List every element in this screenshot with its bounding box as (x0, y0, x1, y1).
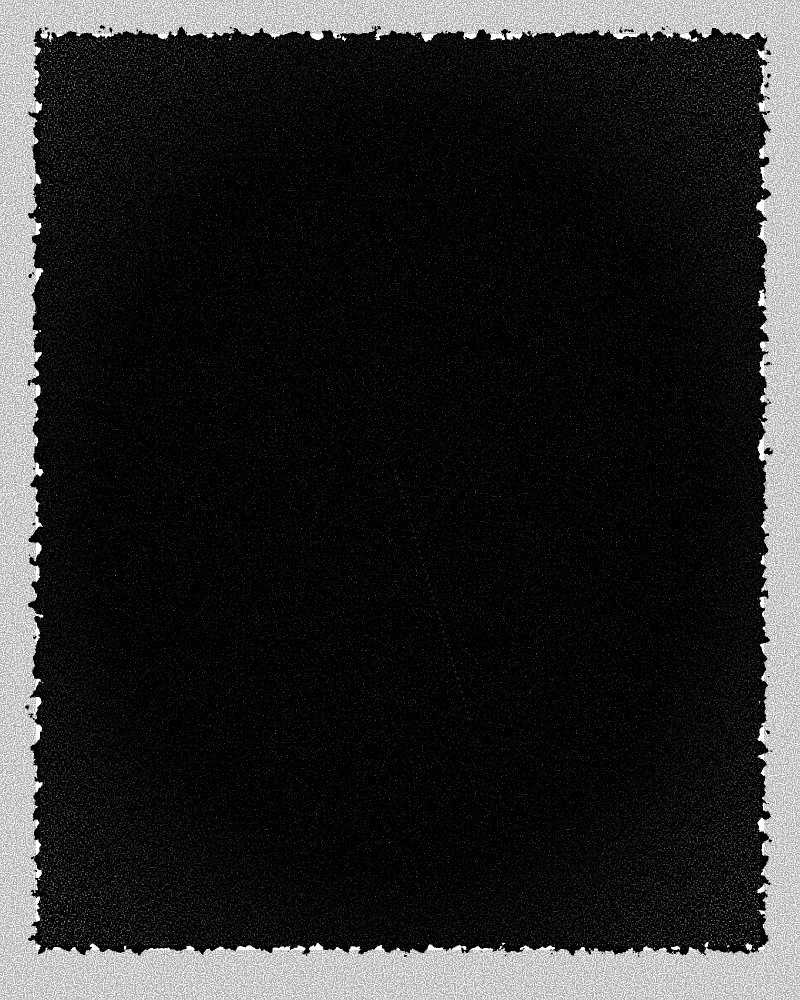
grunge-texture (0, 0, 800, 1000)
texture-canvas (0, 0, 800, 1000)
edge-grain (40, 38, 760, 946)
